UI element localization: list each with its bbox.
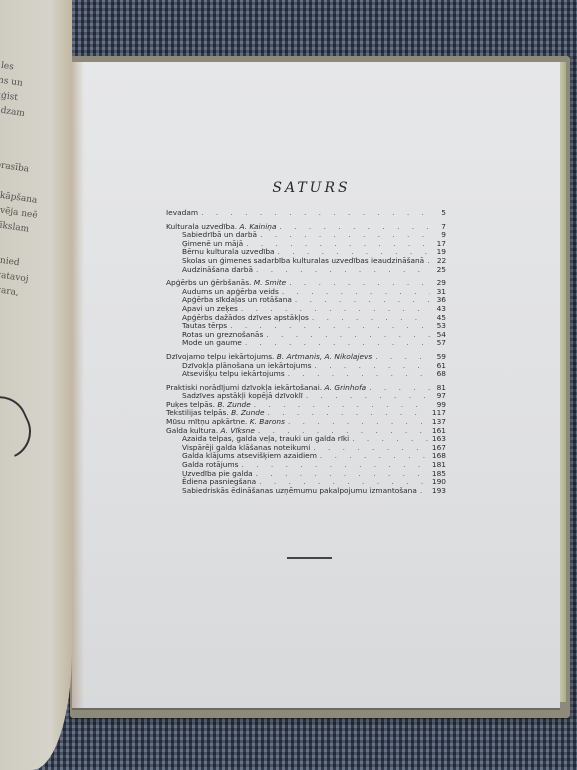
toc-entry-title: Audzināšana darbā — [166, 266, 253, 275]
dot-leader — [285, 418, 430, 427]
entry-page-number: 57 — [430, 339, 446, 348]
dot-leader — [239, 461, 431, 470]
dot-leader — [312, 362, 430, 371]
toc-entry-title: Mode un gaume — [166, 339, 242, 348]
dot-leader — [366, 384, 430, 393]
toc-entry: Ievadam5 — [166, 209, 446, 218]
dot-leader — [279, 288, 430, 297]
dot-leader — [251, 401, 430, 410]
dot-leader — [417, 487, 430, 496]
facing-page-text: prasība — [0, 160, 72, 181]
dot-leader — [285, 370, 430, 379]
dot-leader — [257, 231, 430, 240]
toc-entry-title: Sabiedriskās ēdināšanas uzņēmumu pakalpo… — [166, 487, 417, 496]
table-of-contents: Ievadam5Kulturala uzvedība. A. Kainiņa7S… — [166, 209, 446, 495]
dot-leader — [309, 314, 430, 323]
entry-page-number: 25 — [430, 266, 446, 275]
entry-title: Ievadam — [166, 208, 198, 217]
entry-page-number: 68 — [430, 370, 446, 379]
toc-entry: Atsevišķu telpu iekārtojums68 — [166, 370, 446, 379]
toc-entry: Mode un gaume57 — [166, 339, 446, 348]
toc-entry-title: Ievadam — [166, 209, 198, 218]
toc-entry: Audzināšana darbā25 — [166, 266, 446, 275]
page-title: SATURS — [0, 180, 577, 196]
gutter-shadow — [72, 62, 84, 708]
entry-author: A. Grinhofa — [324, 383, 366, 392]
entry-title: Mode un gaume — [182, 338, 242, 347]
entry-title: Audzināšana darbā — [182, 265, 253, 274]
dot-leader — [263, 331, 430, 340]
ornament-icon — [0, 387, 40, 457]
dot-leader — [265, 409, 430, 418]
dot-leader — [317, 452, 430, 461]
separator-rule — [287, 557, 332, 559]
cover-edge-strip — [560, 62, 566, 702]
dot-leader — [198, 209, 430, 218]
entry-title: Sabiedriskās ēdināšanas uzņēmumu pakalpo… — [182, 486, 417, 495]
dot-leader — [242, 339, 430, 348]
toc-entry-title: Atsevišķu telpu iekārtojums — [166, 370, 285, 379]
entry-page-number: 193 — [430, 487, 446, 496]
dot-leader — [276, 223, 430, 232]
facing-page: i les ms un uģist adzam prasība skāpšana… — [0, 0, 72, 770]
dot-leader — [372, 353, 430, 362]
entry-title: Atsevišķu telpu iekārtojums — [182, 369, 285, 378]
toc-entry: Sabiedriskās ēdināšanas uzņēmumu pakalpo… — [166, 487, 446, 496]
dot-leader — [349, 435, 430, 444]
dot-leader — [310, 444, 430, 453]
dot-leader — [253, 266, 430, 275]
entry-author: K. Barons — [250, 417, 285, 426]
dot-leader — [286, 279, 430, 288]
dot-leader — [253, 470, 430, 479]
dot-leader — [292, 296, 430, 305]
entry-page-number: 5 — [430, 209, 446, 218]
dot-leader — [303, 392, 430, 401]
